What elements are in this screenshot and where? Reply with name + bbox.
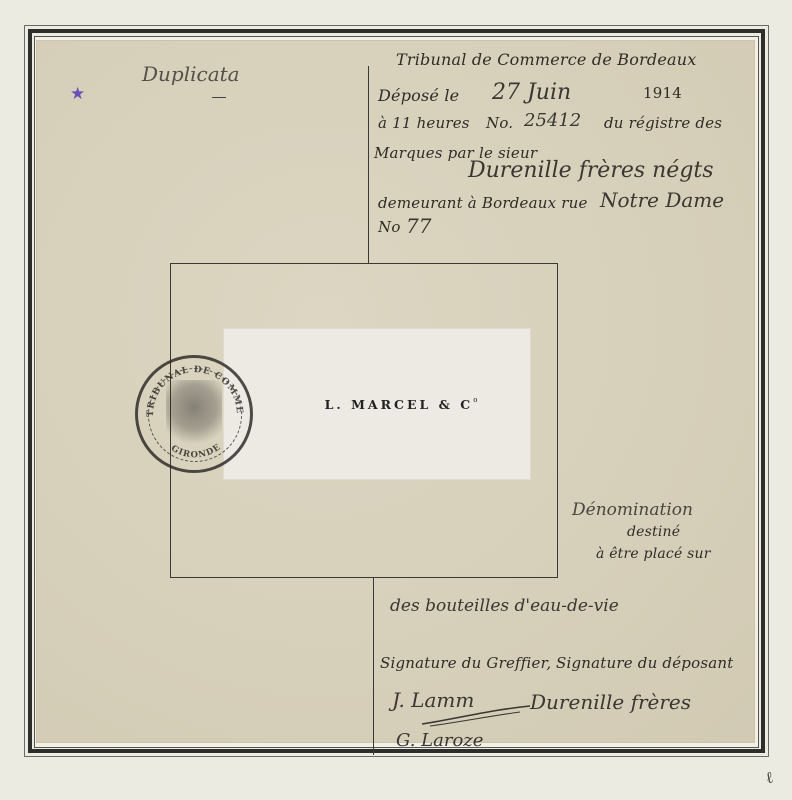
registry-suffix: du régistre des — [604, 114, 722, 132]
underline-dash — [212, 97, 226, 98]
registry-number: 25412 — [524, 110, 581, 131]
deposit-time: à 11 heures — [378, 114, 470, 132]
depositor-signature-label: Signature du déposant — [556, 654, 733, 672]
svg-text:GIRONDE: GIRONDE — [169, 442, 223, 460]
trademark-label-card: L. MARCEL & Co — [224, 329, 530, 479]
number-label: No. — [486, 114, 513, 132]
star-icon: ★ — [70, 86, 85, 103]
clerk-signature-label: Signature du Greffier, — [380, 654, 551, 672]
margin-note: ℓ — [763, 767, 776, 788]
street-number-label: No — [378, 218, 401, 236]
court-title: Tribunal de Commerce de Bordeaux — [396, 50, 697, 69]
deposit-label: Déposé le — [378, 86, 459, 105]
product-text: des bouteilles d'eau-de-vie — [390, 596, 619, 616]
deposit-year: 1914 — [643, 84, 682, 102]
svg-text:TRIBUNAL DE COMMERCE: TRIBUNAL DE COMMERCE — [138, 358, 244, 417]
street-name: Notre Dame — [600, 188, 724, 212]
duplicata-annotation: Duplicata — [142, 62, 240, 86]
deposit-date: 27 Juin — [492, 80, 571, 105]
street-number: 77 — [406, 214, 431, 238]
depositor-name: Durenille frères négts — [468, 158, 714, 183]
placement-text: à être placé sur — [596, 546, 711, 562]
depositor-signature: Durenille frères — [530, 690, 691, 714]
official-stamp: TRIBUNAL DE COMMERCE GIRONDE — [135, 355, 253, 473]
vertical-rule-bottom — [373, 578, 374, 755]
denomination-annotation: Dénomination — [572, 500, 693, 520]
clerk-signature-flourish — [420, 700, 540, 730]
vertical-rule-top — [368, 66, 369, 263]
destined-text: destiné — [627, 524, 680, 540]
address-label: demeurant à Bordeaux rue — [378, 194, 588, 212]
trademark-brand-text: L. MARCEL & Co — [325, 397, 478, 412]
clerk-name: G. Laroze — [396, 730, 483, 751]
stamp-lettering: TRIBUNAL DE COMMERCE GIRONDE — [138, 358, 250, 470]
